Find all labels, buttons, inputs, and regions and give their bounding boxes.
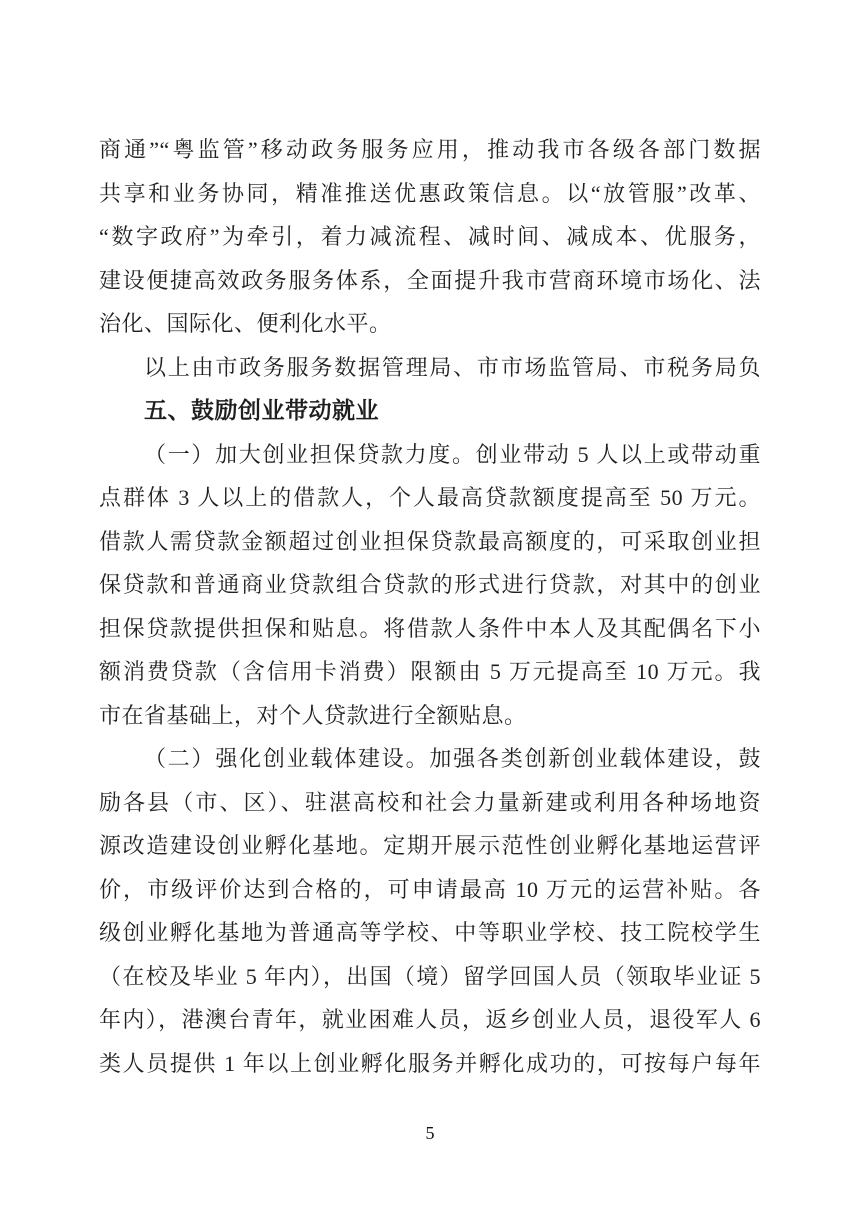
text-line: 类人员提供 1 年以上创业孵化服务并孵化成功的，可按每户每年 <box>99 1042 761 1086</box>
text-line: 共享和业务协同，精准推送优惠政策信息。以“放管服”改革、 <box>99 172 761 216</box>
text-line: 借款人需贷款金额超过创业担保贷款最高额度的，可采取创业担 <box>99 520 761 564</box>
text-line: 建设便捷高效政务服务体系，全面提升我市营商环境市场化、法 <box>99 259 761 303</box>
text-line: 市在省基础上，对个人贷款进行全额贴息。 <box>99 694 761 738</box>
text-line: 担保贷款提供担保和贴息。将借款人条件中本人及其配偶名下小 <box>99 607 761 651</box>
page-number: 5 <box>0 1120 860 1146</box>
text-line: 级创业孵化基地为普通高等学校、中等职业学校、技工院校学生 <box>99 911 761 955</box>
text-line: 价，市级评价达到合格的，可申请最高 10 万元的运营补贴。各 <box>99 868 761 912</box>
text-line: 治化、国际化、便利化水平。 <box>99 302 761 346</box>
text-line: 保贷款和普通商业贷款组合贷款的形式进行贷款，对其中的创业 <box>99 563 761 607</box>
section-heading: 五、鼓励创业带动就业 <box>99 389 761 433</box>
text-line: （二）强化创业载体建设。加强各类创新创业载体建设，鼓 <box>99 737 761 781</box>
text-line: 点群体 3 人以上的借款人，个人最高贷款额度提高至 50 万元。 <box>99 476 761 520</box>
document-body: 商通”“粤监管”移动政务服务应用，推动我市各级各部门数据共享和业务协同，精准推送… <box>99 128 761 1085</box>
text-line: 额消费贷款（含信用卡消费）限额由 5 万元提高至 10 万元。我 <box>99 650 761 694</box>
text-line: （在校及毕业 5 年内），出国（境）留学回国人员（领取毕业证 5 <box>99 955 761 999</box>
text-line: 励各县（市、区）、驻湛高校和社会力量新建或利用各种场地资 <box>99 781 761 825</box>
document-page: 商通”“粤监管”移动政务服务应用，推动我市各级各部门数据共享和业务协同，精准推送… <box>0 0 860 1217</box>
text-line: 源改造建设创业孵化基地。定期开展示范性创业孵化基地运营评 <box>99 824 761 868</box>
text-line: 以上由市政务服务数据管理局、市市场监管局、市税务局负责。 <box>99 346 761 390</box>
text-line: 商通”“粤监管”移动政务服务应用，推动我市各级各部门数据 <box>99 128 761 172</box>
text-line: 年内），港澳台青年，就业困难人员，返乡创业人员，退役军人 6 <box>99 998 761 1042</box>
text-line: “数字政府”为牵引，着力减流程、减时间、减成本、优服务， <box>99 215 761 259</box>
text-line: （一）加大创业担保贷款力度。创业带动 5 人以上或带动重 <box>99 433 761 477</box>
